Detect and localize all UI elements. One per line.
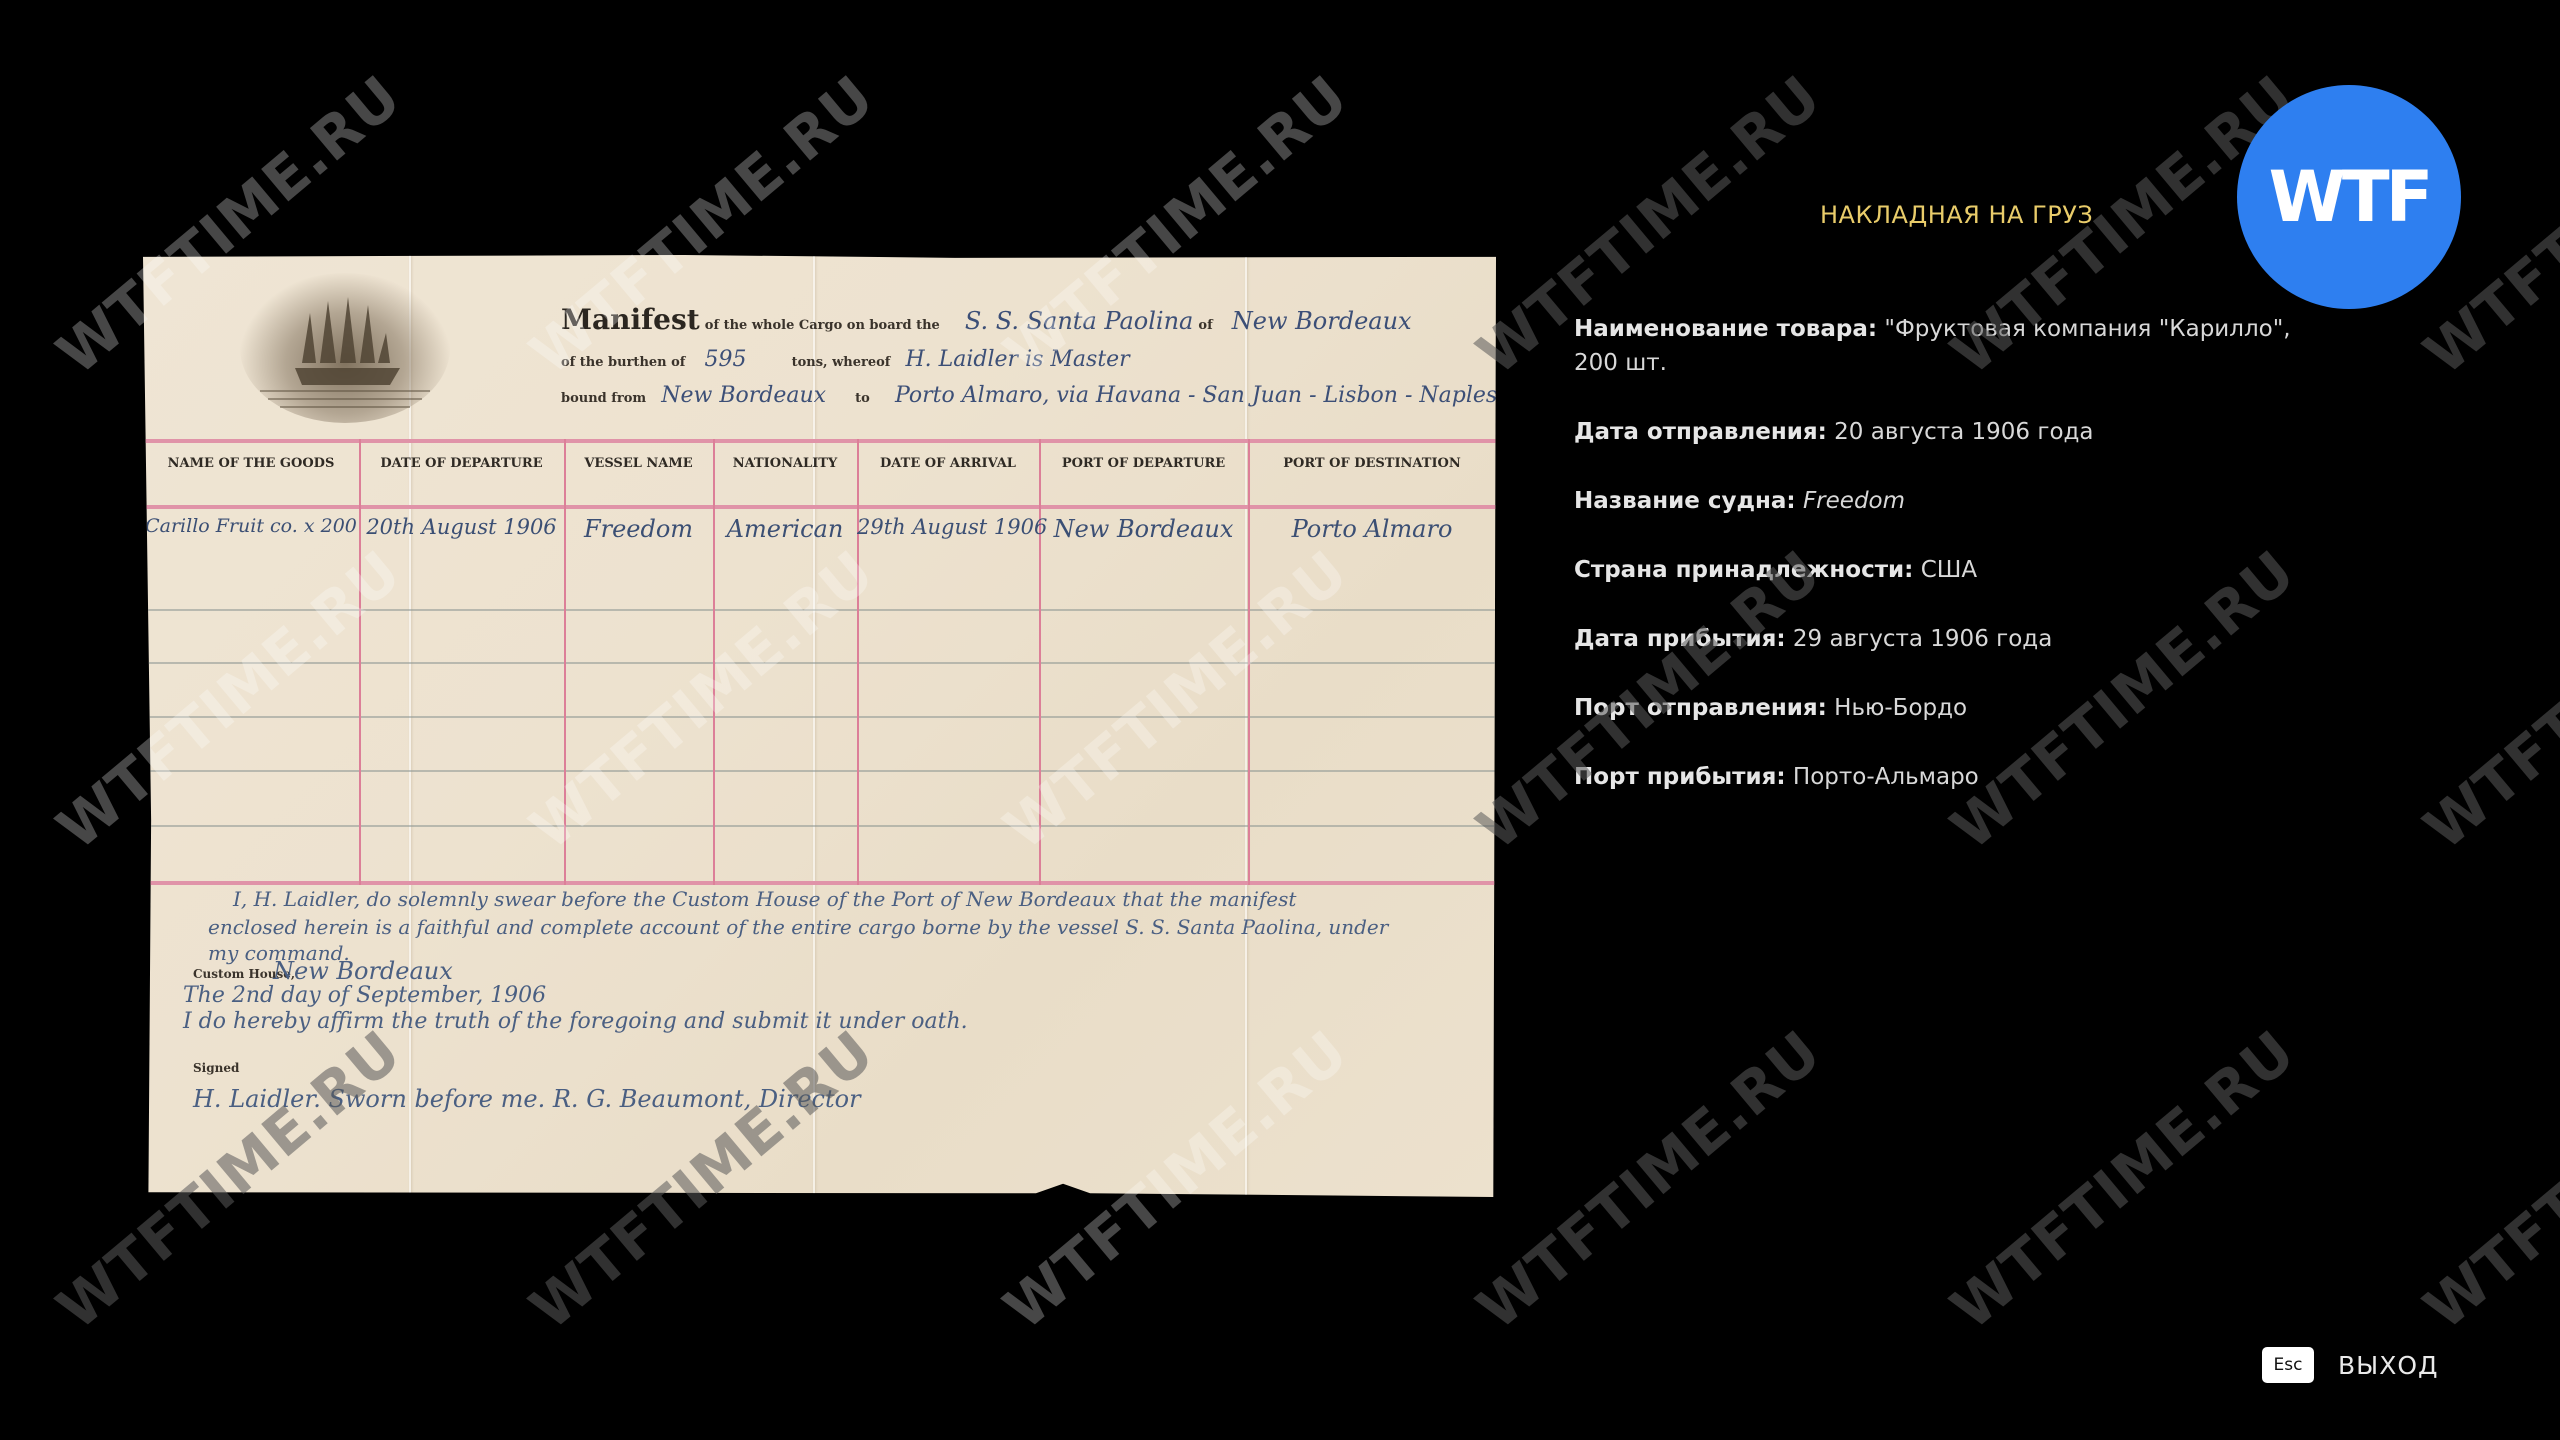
watermark: WTFTIME.RU bbox=[2411, 1017, 2560, 1343]
ship-engraving-icon bbox=[240, 273, 450, 423]
detail-arrival-port: Порт прибытия: Порто-Альмаро bbox=[1574, 760, 2334, 794]
watermark: WTFTIME.RU bbox=[1938, 1017, 2308, 1343]
table-cell-nationality: American bbox=[713, 515, 857, 543]
manifest-details: Наименование товара: "Фруктовая компания… bbox=[1574, 312, 2334, 829]
exit-button-label[interactable]: ВЫХОД bbox=[2338, 1351, 2439, 1380]
table-cell-departure-date: 20th August 1906 bbox=[359, 515, 564, 539]
table-cell-vessel: Freedom bbox=[564, 515, 713, 543]
watermark: WTFTIME.RU bbox=[2411, 537, 2560, 863]
esc-key-icon[interactable]: Esc bbox=[2262, 1347, 2314, 1383]
table-header-line bbox=[143, 505, 1496, 509]
row-line bbox=[143, 770, 1496, 772]
column-header-port-destination: PORT OF DESTINATION bbox=[1248, 456, 1496, 471]
table-bottom-line bbox=[143, 881, 1496, 885]
column-line bbox=[713, 439, 715, 885]
column-header-goods: NAME OF THE GOODS bbox=[143, 456, 359, 471]
vessel-name-handwritten: S. S. Santa Paolina bbox=[965, 307, 1193, 335]
detail-departure-date: Дата отправления: 20 августа 1906 года bbox=[1574, 415, 2334, 449]
row-line bbox=[143, 716, 1496, 718]
column-line bbox=[857, 439, 859, 885]
declaration-line: I, H. Laidler, do solemnly swear before … bbox=[233, 887, 1296, 911]
column-header-departure-date: DATE OF DEPARTURE bbox=[359, 456, 564, 471]
signature-line: H. Laidler. Sworn before me. R. G. Beaum… bbox=[193, 1085, 861, 1113]
detail-vessel-name: Название судна: Freedom bbox=[1574, 484, 2334, 518]
panel-title: НАКЛАДНАЯ НА ГРУЗ bbox=[1820, 201, 2093, 229]
column-header-port-departure: PORT OF DEPARTURE bbox=[1039, 456, 1248, 471]
detail-arrival-date: Дата прибытия: 29 августа 1906 года bbox=[1574, 622, 2334, 656]
declaration-date: The 2nd day of September, 1906 bbox=[183, 983, 546, 1008]
column-line bbox=[359, 439, 361, 885]
table-cell-goods: Carillo Fruit co. x 200 bbox=[143, 515, 359, 537]
detail-departure-port: Порт отправления: Нью-Бордо bbox=[1574, 691, 2334, 725]
column-header-vessel: VESSEL NAME bbox=[564, 456, 713, 471]
column-header-arrival-date: DATE OF ARRIVAL bbox=[857, 456, 1039, 471]
column-line bbox=[1039, 439, 1041, 885]
tonnage-value: 595 bbox=[705, 347, 747, 372]
wtf-logo: WTF bbox=[2237, 85, 2461, 309]
column-line bbox=[564, 439, 566, 885]
column-line bbox=[1248, 439, 1250, 885]
row-line bbox=[143, 825, 1496, 827]
table-cell-port-destination: Porto Almaro bbox=[1248, 515, 1496, 543]
declaration-line: enclosed herein is a faithful and comple… bbox=[208, 915, 1388, 939]
row-line bbox=[143, 609, 1496, 611]
logo-text: WTF bbox=[2269, 156, 2430, 238]
detail-goods-name: Наименование товара: "Фруктовая компания… bbox=[1574, 312, 2334, 380]
row-line bbox=[143, 662, 1496, 664]
table-cell-port-departure: New Bordeaux bbox=[1039, 515, 1248, 543]
detail-nationality: Страна принадлежности: США bbox=[1574, 553, 2334, 587]
watermark: WTFTIME.RU bbox=[1464, 1017, 1834, 1343]
cargo-manifest-document: Manifest of the whole Cargo on board the… bbox=[143, 255, 1496, 1197]
affirmation-line: I do hereby affirm the truth of the fore… bbox=[183, 1009, 968, 1034]
signed-label: Signed bbox=[193, 1061, 239, 1075]
table-cell-arrival-date: 29th August 1906 bbox=[857, 515, 1039, 539]
footer-exit[interactable]: Esc ВЫХОД bbox=[2262, 1347, 2439, 1383]
column-header-nationality: NATIONALITY bbox=[713, 456, 857, 471]
table-top-line bbox=[143, 439, 1496, 443]
custom-house-value: New Bordeaux bbox=[273, 957, 453, 985]
manifest-word: Manifest bbox=[561, 303, 700, 336]
